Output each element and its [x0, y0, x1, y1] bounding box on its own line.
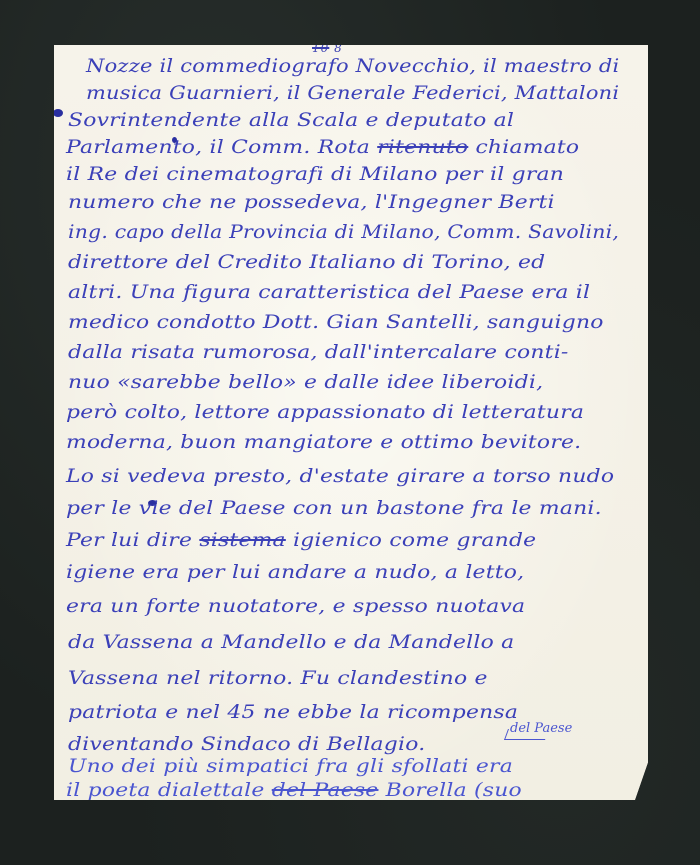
text-line-10: medico condotto Dott. Gian Santelli, san… — [68, 311, 604, 333]
text-line-15: Lo si vedeva presto, d'estate girare a t… — [66, 465, 614, 487]
text-line-18: igiene era per lui andare a nudo, a lett… — [66, 561, 524, 583]
text-line-19: era un forte nuotatore, e spesso nuotava — [66, 595, 525, 617]
line-4-part: chiamato — [468, 136, 579, 158]
insertion-caret — [504, 729, 549, 740]
line-17-part: igienico come grande — [286, 529, 537, 551]
text-line-7: ing. capo della Provincia di Milano, Com… — [68, 221, 619, 243]
text-line-1: Nozze il commediografo Novecchio, il mae… — [86, 55, 619, 77]
line-17-part: Per lui dire — [66, 529, 199, 551]
text-line-20: da Vassena a Mandello e da Mandello a — [68, 631, 514, 653]
struck-word: sistema — [199, 529, 285, 551]
struck-word: del Paese — [272, 779, 379, 801]
text-line-5: il Re dei cinematografi di Milano per il… — [66, 163, 564, 185]
text-line-3: Sovrintendente alla Scala e deputato al — [68, 109, 514, 131]
text-line-6: numero che ne possedeva, l'Ingegner Bert… — [68, 191, 555, 213]
text-line-17: Per lui dire sistema igienico come grand… — [66, 529, 536, 551]
line-4-part: Parlamento, il Comm. Rota — [66, 136, 377, 158]
text-line-24: Uno dei più simpatici fra gli sfollati e… — [68, 755, 513, 777]
text-line-4: Parlamento, il Comm. Rota ritenuto chiam… — [66, 136, 579, 158]
text-line-2: musica Guarnieri, il Generale Federici, … — [86, 82, 619, 104]
text-line-23: diventando Sindaco di Bellagio. — [68, 733, 425, 755]
text-line-12: nuo «sarebbe bello» e dalle idee liberoi… — [68, 371, 543, 393]
text-line-25: il poeta dialettale del Paese Borella (s… — [66, 779, 522, 801]
text-line-13: però colto, lettore appassionato di lett… — [66, 401, 584, 423]
text-line-9: altri. Una figura caratteristica del Pae… — [68, 281, 590, 303]
text-line-11: dalla risata rumorosa, dall'intercalare … — [68, 341, 569, 363]
ink-blot — [53, 109, 63, 117]
line-25-part: il poeta dialettale — [66, 779, 272, 801]
text-line-8: direttore del Credito Italiano di Torino… — [68, 251, 545, 273]
text-line-22: patriota e nel 45 ne ebbe la ricompensa — [68, 701, 518, 723]
text-line-21: Vassena nel ritorno. Fu clandestino e — [68, 667, 488, 689]
text-line-16: per le vie del Paese con un bastone fra … — [66, 497, 602, 519]
struck-word: ritenuto — [377, 136, 468, 158]
line-25-part: Borella (suo — [378, 779, 521, 801]
handwritten-page: 10 8 Nozze il commediografo Novecchio, i… — [54, 45, 648, 800]
text-line-14: moderna, buon mangiatore e ottimo bevito… — [66, 431, 581, 453]
